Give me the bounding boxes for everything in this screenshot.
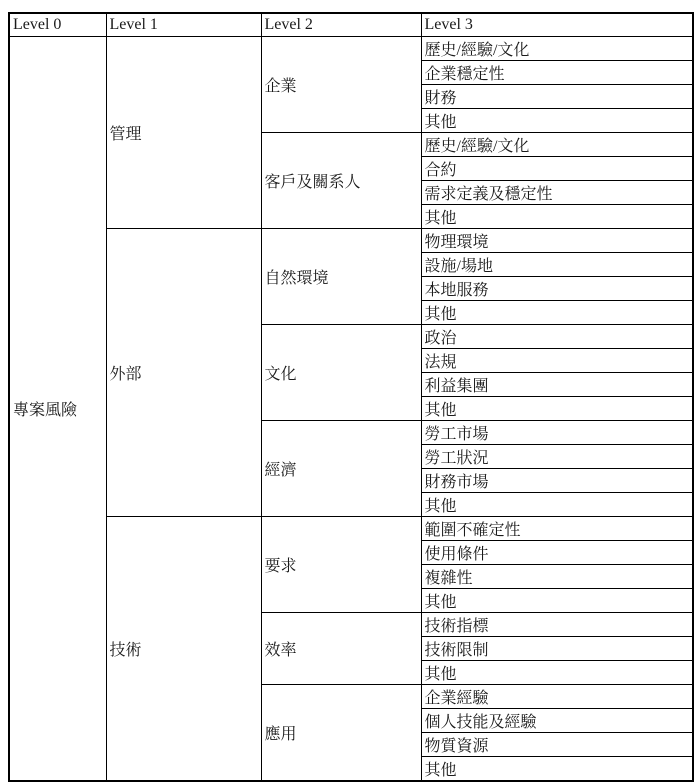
column-header-level1: Level 1 bbox=[106, 13, 261, 36]
level3-cell: 財務市場 bbox=[421, 468, 693, 492]
level3-cell: 勞工狀況 bbox=[421, 444, 693, 468]
level2-cell: 自然環境 bbox=[261, 228, 421, 324]
level2-cell: 文化 bbox=[261, 324, 421, 420]
risk-breakdown-table: Level 0 Level 1 Level 2 Level 3 專案風險管理企業… bbox=[8, 12, 694, 782]
table-row: 技術要求範圍不確定性 bbox=[9, 516, 693, 540]
column-header-level0: Level 0 bbox=[9, 13, 106, 36]
level2-cell: 企業 bbox=[261, 36, 421, 132]
level3-cell: 其他 bbox=[421, 756, 693, 781]
level3-cell: 個人技能及經驗 bbox=[421, 708, 693, 732]
level3-cell: 技術指標 bbox=[421, 612, 693, 636]
column-header-level2: Level 2 bbox=[261, 13, 421, 36]
level3-cell: 物質資源 bbox=[421, 732, 693, 756]
level3-cell: 法規 bbox=[421, 348, 693, 372]
level2-cell: 要求 bbox=[261, 516, 421, 612]
level3-cell: 其他 bbox=[421, 588, 693, 612]
level3-cell: 歷史/經驗/文化 bbox=[421, 36, 693, 60]
level3-cell: 歷史/經驗/文化 bbox=[421, 132, 693, 156]
level3-cell: 其他 bbox=[421, 300, 693, 324]
level1-cell: 技術 bbox=[106, 516, 261, 781]
level3-cell: 合約 bbox=[421, 156, 693, 180]
level3-cell: 範圍不確定性 bbox=[421, 516, 693, 540]
table-row: 專案風險管理企業歷史/經驗/文化 bbox=[9, 36, 693, 60]
level3-cell: 政治 bbox=[421, 324, 693, 348]
level3-cell: 需求定義及穩定性 bbox=[421, 180, 693, 204]
level3-cell: 企業穩定性 bbox=[421, 60, 693, 84]
level3-cell: 使用條件 bbox=[421, 540, 693, 564]
level1-cell: 外部 bbox=[106, 228, 261, 516]
table-row: 外部自然環境物理環境 bbox=[9, 228, 693, 252]
level3-cell: 本地服務 bbox=[421, 276, 693, 300]
level3-cell: 物理環境 bbox=[421, 228, 693, 252]
level3-cell: 其他 bbox=[421, 108, 693, 132]
level2-cell: 經濟 bbox=[261, 420, 421, 516]
level3-cell: 企業經驗 bbox=[421, 684, 693, 708]
level2-cell: 效率 bbox=[261, 612, 421, 684]
level3-cell: 勞工市場 bbox=[421, 420, 693, 444]
level3-cell: 其他 bbox=[421, 396, 693, 420]
level3-cell: 其他 bbox=[421, 204, 693, 228]
level2-cell: 客戶及關系人 bbox=[261, 132, 421, 228]
level0-cell: 專案風險 bbox=[9, 36, 106, 781]
level3-cell: 其他 bbox=[421, 492, 693, 516]
column-header-level3: Level 3 bbox=[421, 13, 693, 36]
level3-cell: 設施/場地 bbox=[421, 252, 693, 276]
level3-cell: 財務 bbox=[421, 84, 693, 108]
level3-cell: 其他 bbox=[421, 660, 693, 684]
level3-cell: 利益集團 bbox=[421, 372, 693, 396]
level2-cell: 應用 bbox=[261, 684, 421, 781]
level1-cell: 管理 bbox=[106, 36, 261, 228]
table-body: 專案風險管理企業歷史/經驗/文化企業穩定性財務其他客戶及關系人歷史/經驗/文化合… bbox=[9, 36, 693, 781]
header-row: Level 0 Level 1 Level 2 Level 3 bbox=[9, 13, 693, 36]
level3-cell: 複雜性 bbox=[421, 564, 693, 588]
level3-cell: 技術限制 bbox=[421, 636, 693, 660]
